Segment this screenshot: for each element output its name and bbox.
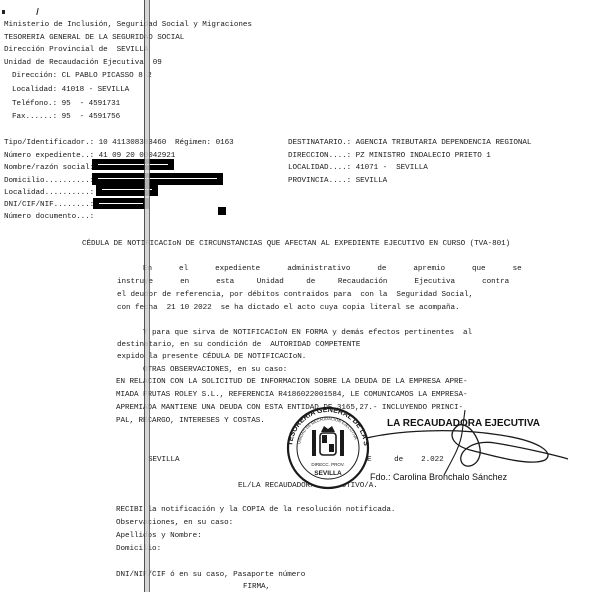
redaction-square — [218, 207, 226, 215]
receipt-address-field: Domicilio: — [116, 545, 161, 554]
tipo-identificador: Tipo/Identificador.: 10 411308383460 — [4, 139, 166, 148]
localidad-label: Localidad..........: — [4, 189, 94, 198]
body-p2-line1: Y para que sirva de NOTIFICACIoN EN FORM… — [143, 329, 472, 338]
body-p2-line2: destinatario, en su condición de AUTORID… — [117, 341, 360, 350]
unit-address: Dirección: CL PABLO PICASSO 8 2 — [12, 72, 152, 81]
regimen: Régimen: 0163 — [175, 139, 234, 148]
scan-mark — [2, 10, 5, 14]
observations-line4: PAL, RECARGO, INTERESES Y COSTAS. — [116, 417, 265, 426]
receipt-name-field: Apellidos y Nombre: — [116, 532, 202, 541]
scan-mark — [36, 8, 38, 15]
official-seal: TESORERIA GENERAL DE LA SEGURIDAD SOCIAL… — [278, 400, 378, 490]
collection-unit: Unidad de Recaudación Ejecutiva 09 — [4, 59, 162, 68]
body-p1-line1: En el expediente administrativo de aprem… — [143, 265, 522, 274]
scanner-artifact-line — [144, 0, 150, 592]
dni-label: DNI/CIF/NIF........: — [4, 201, 94, 210]
provincial-direction: Dirección Provincial de SEVILLA — [4, 46, 148, 55]
redaction-bar-address — [92, 173, 223, 185]
receipt-observations: Observaciones, en su caso: — [116, 519, 233, 528]
recipient-address: DIRECCION....: PZ MINISTRO INDALECIO PRI… — [288, 152, 491, 161]
svg-text:DIRECC. PROV.: DIRECC. PROV. — [311, 462, 344, 467]
unit-phone: Teléfono.: 95 - 4591731 — [12, 100, 120, 109]
unit-locality: Localidad: 41018 - SEVILLA — [12, 86, 129, 95]
signature-city: SEVILLA — [148, 456, 180, 465]
observations-label: OTRAS OBSERVACIONES, en su caso: — [143, 366, 287, 375]
nombre-label: Nombre/razón social: — [4, 164, 94, 173]
redaction-bar-name — [92, 159, 174, 170]
domicilio-label: Domicilio..........: — [4, 177, 94, 186]
observations-line2: MIADA FRUTAS ROLEY S.L., REFERENCIA R418… — [116, 391, 468, 400]
receipt-statement: RECIBI la notificación y la COPIA de la … — [116, 506, 395, 515]
body-p1-line2: instruye en esta Unidad de Recaudación E… — [117, 278, 509, 287]
svg-text:SEVILLA: SEVILLA — [314, 470, 342, 477]
body-p1-line4: con fecha 21 10 2022 se ha dictado el ac… — [117, 304, 460, 313]
redaction-bar-dni — [93, 198, 149, 209]
treasury-name: TESORERIA GENERAL DE LA SEGURIDAD SOCIAL — [4, 34, 184, 43]
observations-line1: EN RELACION CON LA SOLICITUD DE INFORMAC… — [116, 378, 468, 387]
recipient-name: DESTINATARIO.: AGENCIA TRIBUTARIA DEPEND… — [288, 139, 531, 148]
recipient-province: PROVINCIA....: SEVILLA — [288, 177, 387, 186]
unit-fax: Fax......: 95 - 4591756 — [12, 113, 120, 122]
recipient-locality: LOCALIDAD....: 41071 - SEVILLA — [288, 164, 428, 173]
receipt-signature-label: FIRMA, — [243, 583, 270, 592]
numero-documento-label: Número documento...: — [4, 213, 94, 222]
body-p1-line3: el deudor de referencia, por débitos con… — [117, 291, 473, 300]
ministry-name: Ministerio de Inclusión, Seguridad Socia… — [4, 21, 252, 30]
